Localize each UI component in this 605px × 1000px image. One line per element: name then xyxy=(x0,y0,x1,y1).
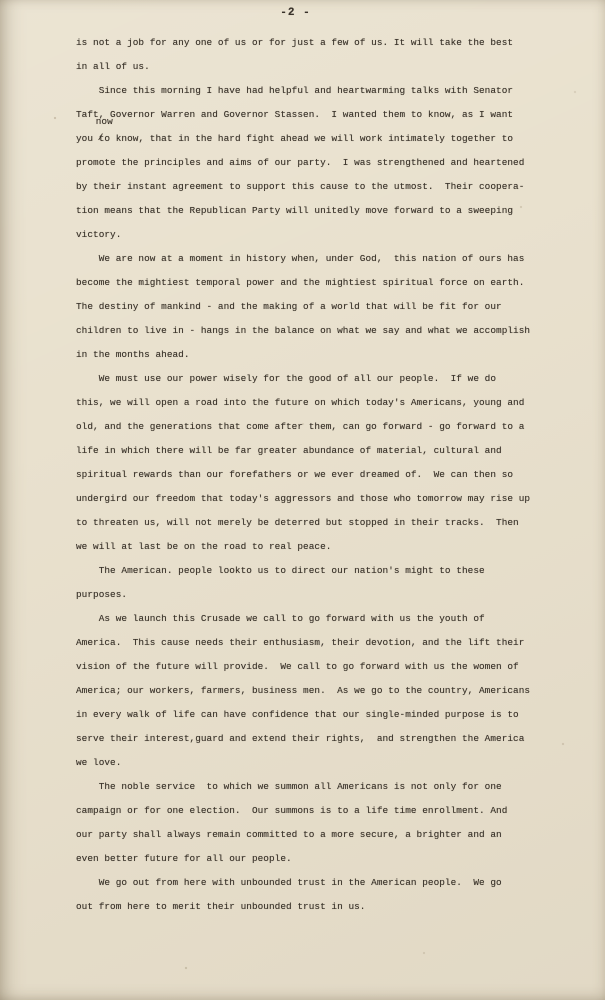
text-line: this, we will open a road into the futur… xyxy=(76,391,595,415)
text-line: America; our workers, farmers, business … xyxy=(76,679,595,703)
text-line: We are now at a moment in history when, … xyxy=(76,247,595,271)
typewritten-page-scan: -2 - is not a job for any one of us or f… xyxy=(0,0,605,1000)
text-line: tion means that the Republican Party wil… xyxy=(76,199,595,223)
text-segment: you xyxy=(76,133,99,144)
document-body: is not a job for any one of us or for ju… xyxy=(76,31,595,919)
text-line: we will at last be on the road to real p… xyxy=(76,535,595,559)
text-line: victory. xyxy=(76,223,595,247)
text-line: we love. xyxy=(76,751,595,775)
text-line: purposes. xyxy=(76,583,595,607)
text-line: in all of us. xyxy=(76,55,595,79)
text-line: to threaten us, will not merely be deter… xyxy=(76,511,595,535)
text-line: Since this morning I have had helpful an… xyxy=(76,79,595,103)
text-line: you tonow know, that in the hard fight a… xyxy=(76,127,595,151)
text-line: America. This cause needs their enthusia… xyxy=(76,631,595,655)
typed-correction-word: now xyxy=(96,117,113,127)
text-line: As we launch this Crusade we call to go … xyxy=(76,607,595,631)
text-line: We go out from here with unbounded trust… xyxy=(76,871,595,895)
text-line: campaign or for one election. Our summon… xyxy=(76,799,595,823)
text-line: become the mightiest temporal power and … xyxy=(76,271,595,295)
text-line: out from here to merit their unbounded t… xyxy=(76,895,595,919)
page-number: -2 - xyxy=(0,7,591,19)
text-line: life in which there will be far greater … xyxy=(76,439,595,463)
text-line: The American. people lookto us to direct… xyxy=(76,559,595,583)
text-line: Taft, Governor Warren and Governor Stass… xyxy=(76,103,595,127)
text-line: spiritual rewards than our forefathers o… xyxy=(76,463,595,487)
text-line: by their instant agreement to support th… xyxy=(76,175,595,199)
text-line: vision of the future will provide. We ca… xyxy=(76,655,595,679)
text-line: undergird our freedom that today's aggre… xyxy=(76,487,595,511)
text-segment: know, that in the hard fight ahead we wi… xyxy=(110,133,513,144)
text-line: children to live in - hangs in the balan… xyxy=(76,319,595,343)
struck-out-word: tonow xyxy=(99,127,110,151)
text-line: even better future for all our people. xyxy=(76,847,595,871)
text-line: promote the principles and aims of our p… xyxy=(76,151,595,175)
text-line: in every walk of life can have confidenc… xyxy=(76,703,595,727)
text-line: old, and the generations that come after… xyxy=(76,415,595,439)
text-line: The noble service to which we summon all… xyxy=(76,775,595,799)
text-line: is not a job for any one of us or for ju… xyxy=(76,31,595,55)
text-line: The destiny of mankind - and the making … xyxy=(76,295,595,319)
text-line: in the months ahead. xyxy=(76,343,595,367)
text-line: We must use our power wisely for the goo… xyxy=(76,367,595,391)
text-line: our party shall always remain committed … xyxy=(76,823,595,847)
text-line: serve their interest,guard and extend th… xyxy=(76,727,595,751)
